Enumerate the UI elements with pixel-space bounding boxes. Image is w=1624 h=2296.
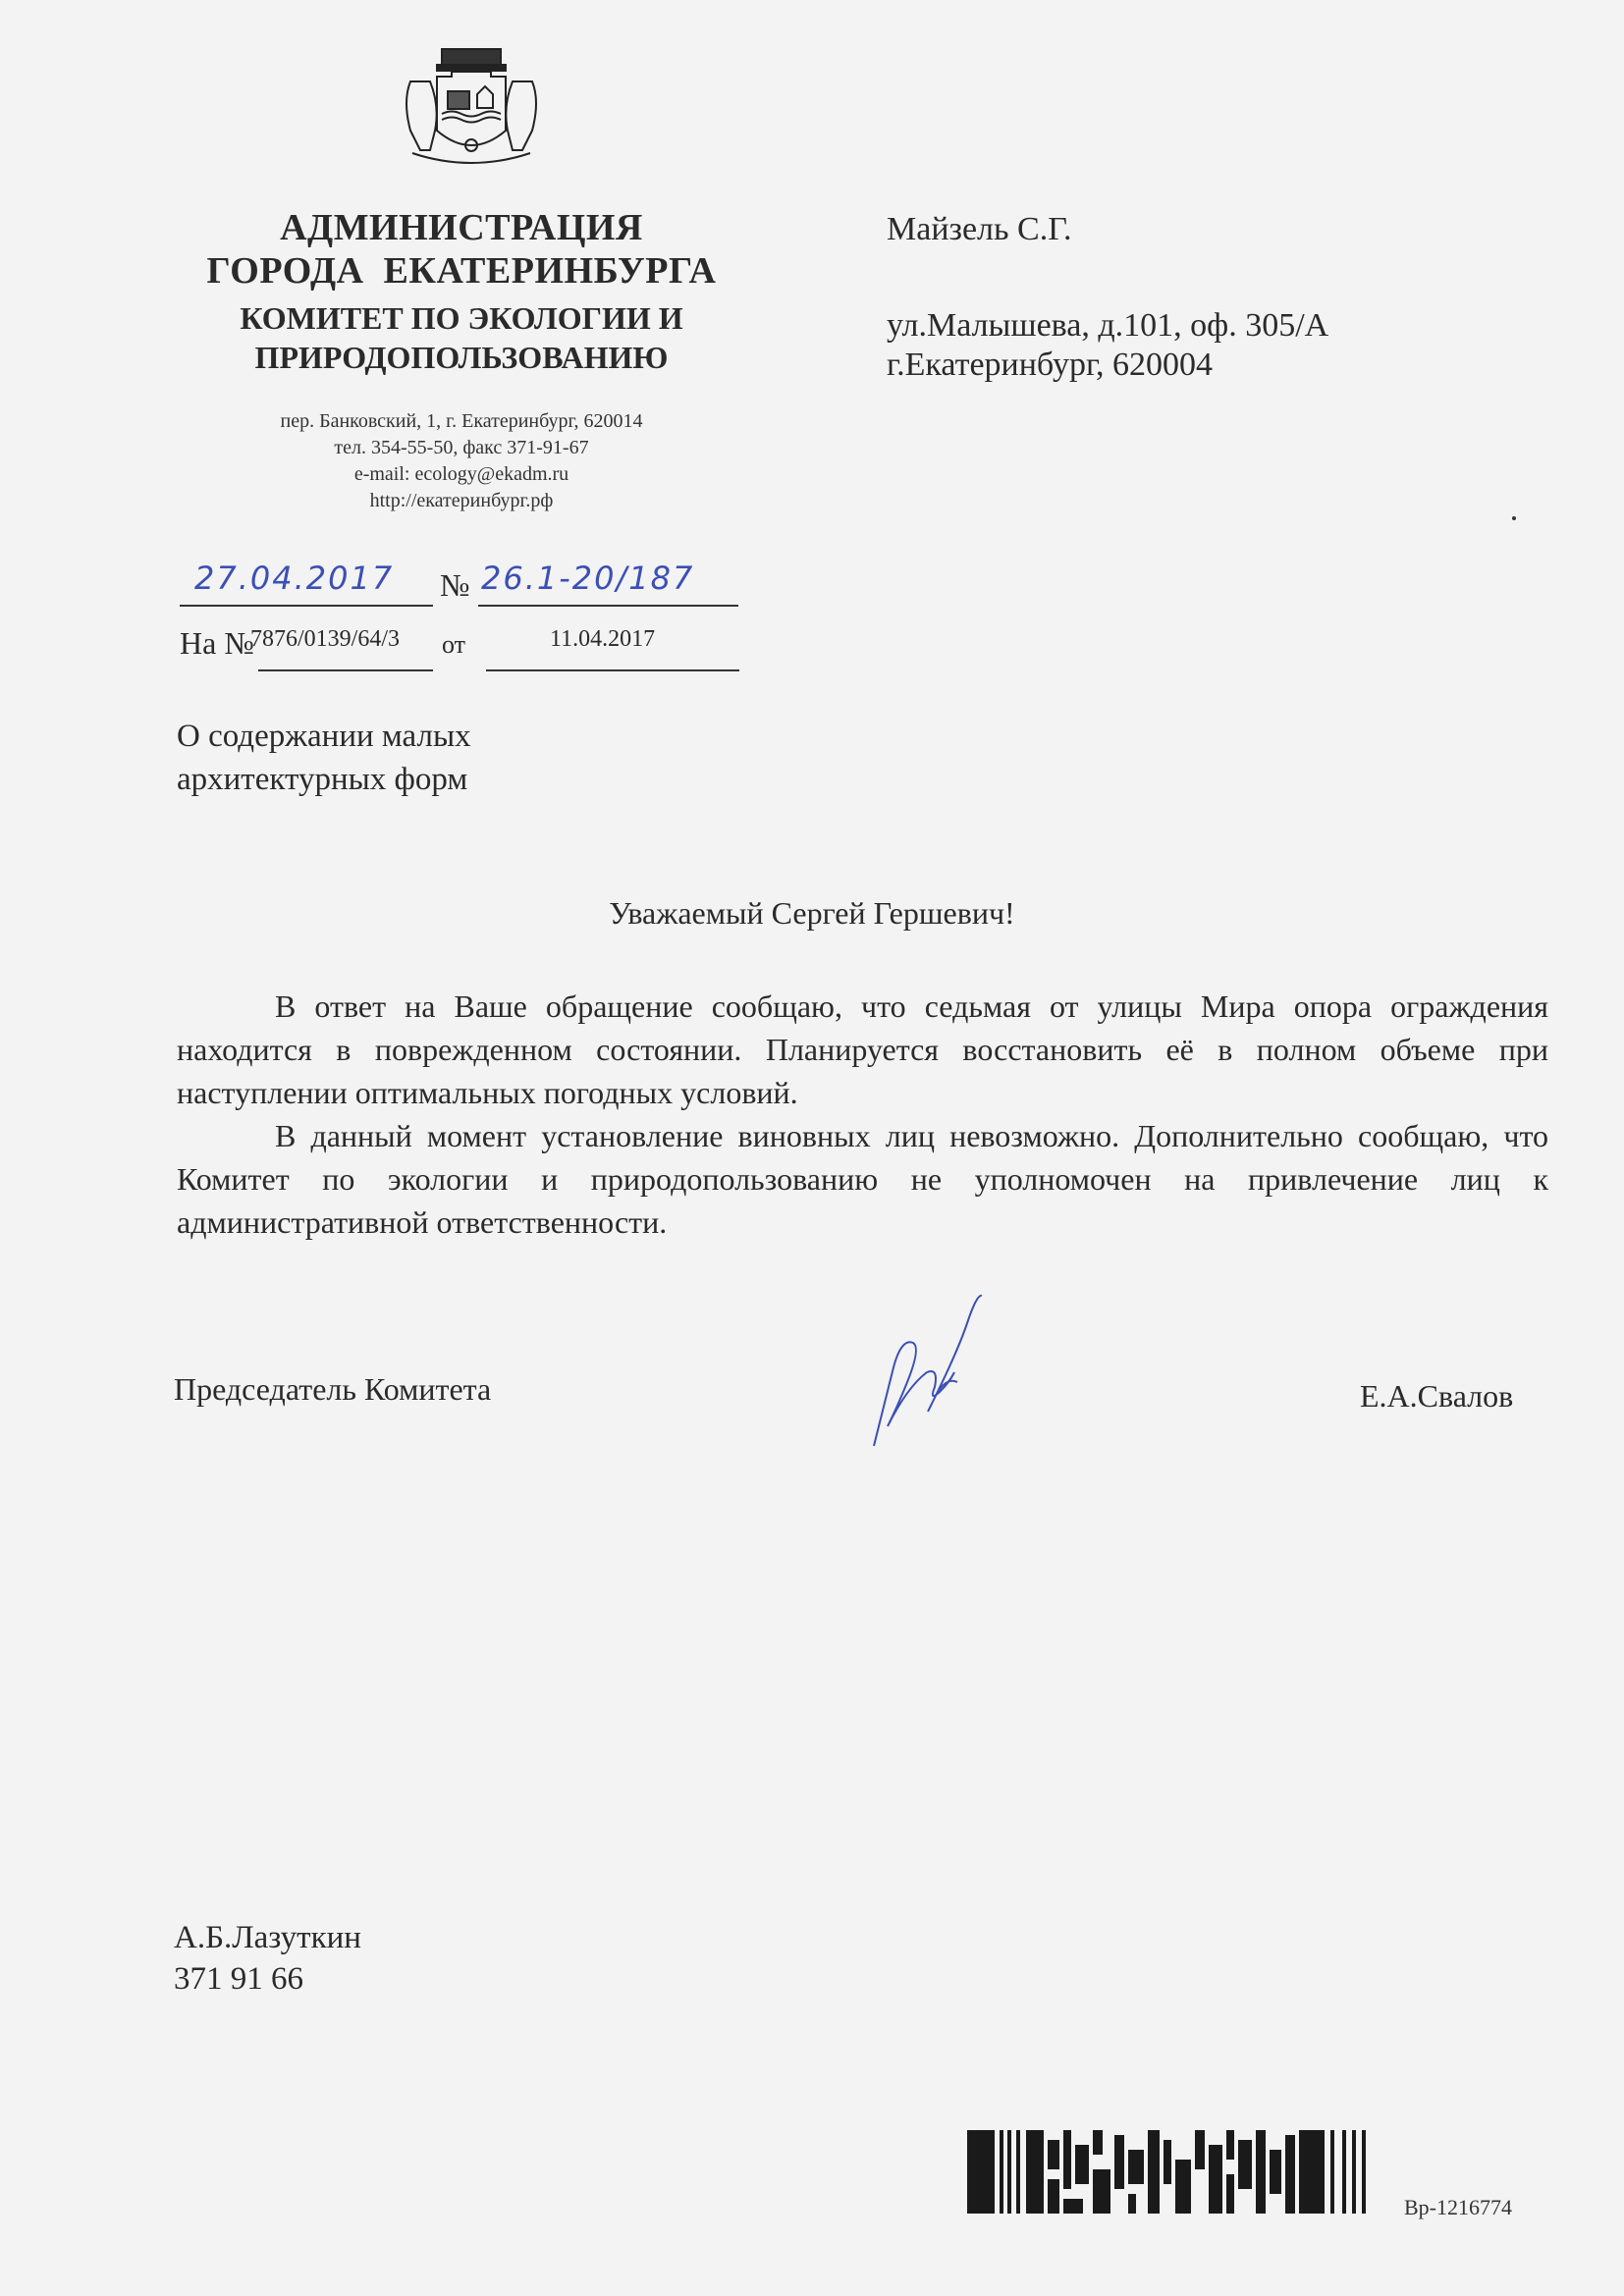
from-label: от: [442, 630, 465, 660]
body-paragraph: В данный момент установление виновных ли…: [177, 1114, 1548, 1244]
handwritten-signature-icon: [854, 1294, 1110, 1451]
letterhead-contacts: пер. Банковский, 1, г. Екатеринбург, 620…: [167, 408, 756, 514]
outgoing-date: 27.04.2017: [194, 560, 394, 597]
org-email: e-mail: ecology@ekadm.ru: [167, 461, 756, 488]
org-name-line2: ГОРОДА ЕКАТЕРИНБУРГА: [167, 249, 756, 293]
letter-subject: О содержании малых архитектурных форм: [177, 715, 471, 801]
org-website: http://екатеринбург.рф: [167, 488, 756, 514]
signatory-role: Председатель Комитета: [174, 1371, 491, 1408]
executor-block: А.Б.Лазуткин 371 91 66: [174, 1917, 361, 2000]
org-phone-fax: тел. 354-55-50, факс 371-91-67: [167, 435, 756, 461]
scan-speck: [1512, 516, 1516, 520]
recipient-address-line1: ул.Малышева, д.101, оф. 305/А: [887, 306, 1328, 346]
salutation: Уважаемый Сергей Гершевич!: [0, 895, 1624, 932]
dept-name-line1: КОМИТЕТ ПО ЭКОЛОГИИ И: [167, 298, 756, 338]
reply-to-number: 7876/0139/64/3: [250, 626, 400, 653]
subject-line1: О содержании малых: [177, 715, 471, 758]
dept-name-line2: ПРИРОДОПОЛЬЗОВАНИЮ: [167, 338, 756, 377]
recipient-block: Майзель С.Г. ул.Малышева, д.101, оф. 305…: [887, 210, 1328, 385]
document-code: Вр-1216774: [1404, 2195, 1512, 2220]
number-sign: №: [440, 567, 470, 604]
coat-of-arms-icon: [393, 47, 550, 170]
pdf417-barcode-icon: [967, 2130, 1389, 2214]
reply-to-date: 11.04.2017: [550, 626, 655, 653]
letter-body: В ответ на Ваше обращение сообщаю, что с…: [177, 985, 1548, 1244]
recipient-address-line2: г.Екатеринбург, 620004: [887, 346, 1328, 385]
reply-to-label: На №: [180, 625, 254, 662]
reply-number-underline: [258, 669, 433, 671]
executor-name: А.Б.Лазуткин: [174, 1917, 361, 1958]
reply-date-underline: [486, 669, 739, 671]
date-underline: [180, 605, 433, 607]
recipient-name: Майзель С.Г.: [887, 210, 1328, 249]
body-paragraph: В ответ на Ваше обращение сообщаю, что с…: [177, 985, 1548, 1114]
number-underline: [478, 605, 738, 607]
org-address: пер. Банковский, 1, г. Екатеринбург, 620…: [167, 408, 756, 435]
executor-phone: 371 91 66: [174, 1958, 361, 2000]
letterhead-organization: АДМИНИСТРАЦИЯ ГОРОДА ЕКАТЕРИНБУРГА КОМИТ…: [167, 206, 756, 377]
outgoing-number: 26.1-20/187: [481, 560, 694, 597]
subject-line2: архитектурных форм: [177, 758, 471, 801]
signatory-name: Е.А.Свалов: [1360, 1378, 1513, 1415]
org-name-line1: АДМИНИСТРАЦИЯ: [167, 206, 756, 249]
